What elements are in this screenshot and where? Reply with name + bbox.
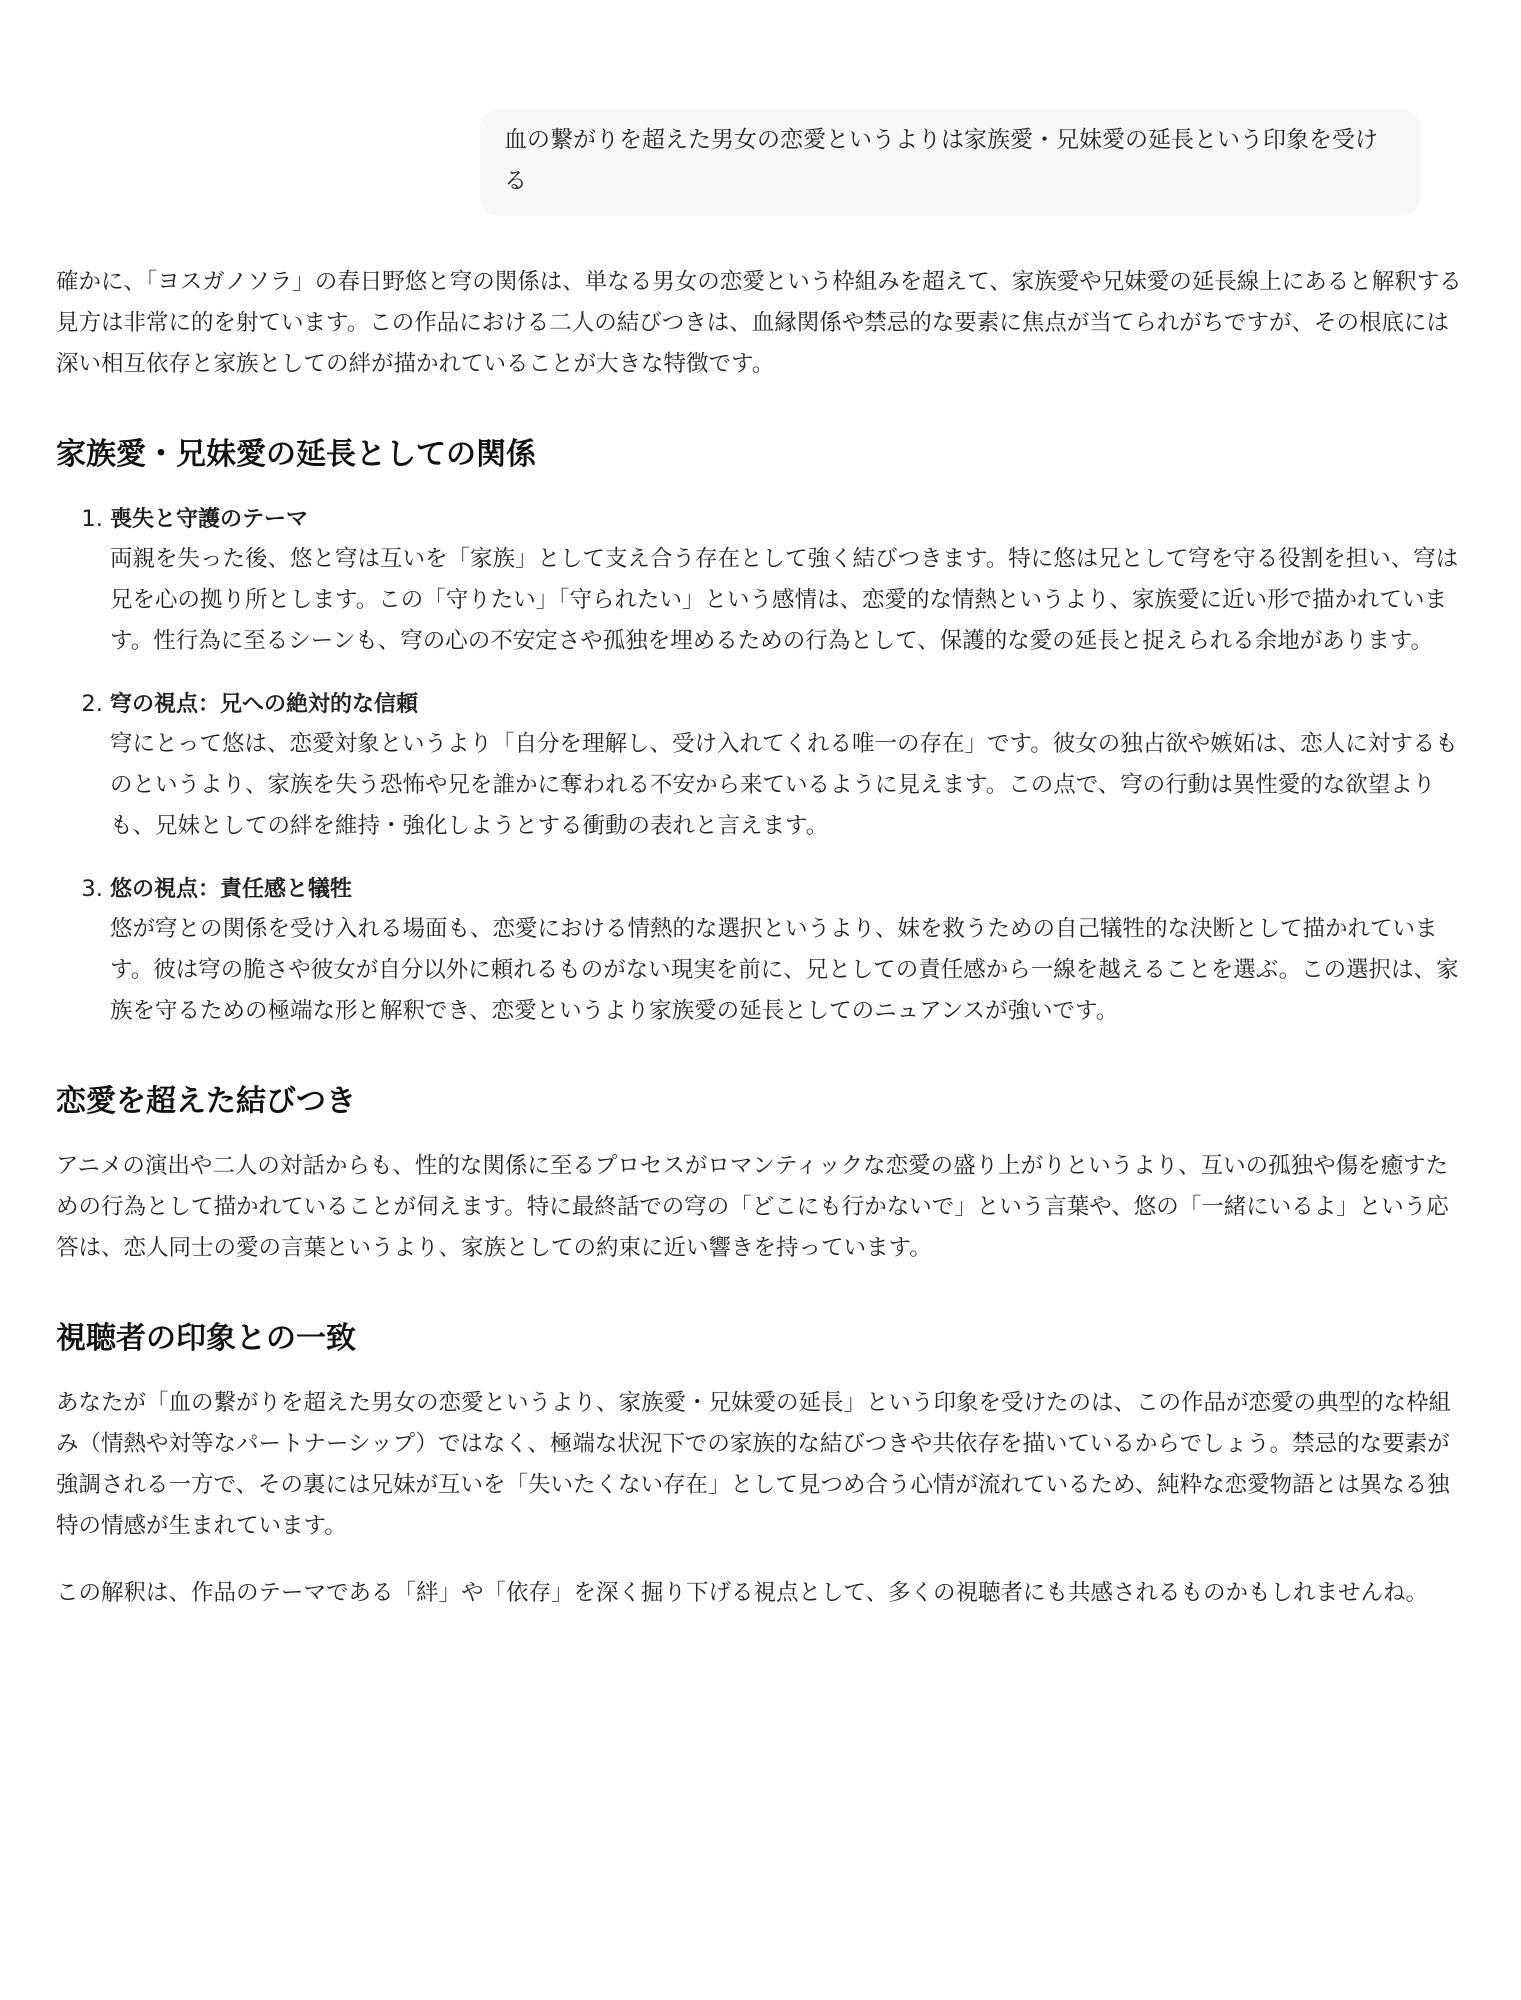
user-message-bubble: 血の繋がりを超えた男女の恋愛というよりは家族愛・兄妹愛の延長という印象を受ける [480, 110, 1420, 216]
assistant-intro-paragraph: 確かに、「ヨスガノソラ」の春日野悠と穹の関係は、単なる男女の恋愛という枠組みを超… [56, 262, 1466, 385]
assistant-message: 確かに、「ヨスガノソラ」の春日野悠と穹の関係は、単なる男女の恋愛という枠組みを超… [56, 262, 1466, 1640]
list-item-title: 喪失と守護のテーマ [110, 501, 1466, 539]
list-item-body: 穹にとって悠は、恋愛対象というより「自分を理解し、受け入れてくれる唯一の存在」で… [110, 724, 1466, 847]
user-message-text: 血の繋がりを超えた男女の恋愛というよりは家族愛・兄妹愛の延長という印象を受ける [504, 127, 1378, 194]
body-paragraph: この解釈は、作品のテーマである「絆」や「依存」を深く掘り下げる視点として、多くの… [56, 1573, 1466, 1614]
body-paragraph: あなたが「血の繋がりを超えた男女の恋愛というより、家族愛・兄妹愛の延長」という印… [56, 1383, 1466, 1547]
list-item-body: 悠が穹との関係を受け入れる場面も、恋愛における情熱的な選択というより、妹を救うた… [110, 909, 1466, 1032]
list-item-title: 悠の視点：責任感と犠牲 [110, 871, 1466, 909]
section-heading: 視聴者の印象との一致 [56, 1319, 1466, 1359]
section-heading: 家族愛・兄妹愛の延長としての関係 [56, 435, 1466, 475]
list-item: 穹の視点：兄への絶対的な信頼 穹にとって悠は、恋愛対象というより「自分を理解し、… [110, 684, 1466, 847]
list-item-body: 両親を失った後、悠と穹は互いを「家族」として支え合う存在として強く結びつきます。… [110, 539, 1466, 662]
list-item: 悠の視点：責任感と犠牲 悠が穹との関係を受け入れる場面も、恋愛における情熱的な選… [110, 869, 1466, 1032]
chat-page: 血の繋がりを超えた男女の恋愛というよりは家族愛・兄妹愛の延長という印象を受ける … [0, 0, 1521, 2000]
list-item-title: 穹の視点：兄への絶対的な信頼 [110, 686, 1466, 724]
numbered-list: 喪失と守護のテーマ 両親を失った後、悠と穹は互いを「家族」として支え合う存在とし… [56, 499, 1466, 1032]
list-item: 喪失と守護のテーマ 両親を失った後、悠と穹は互いを「家族」として支え合う存在とし… [110, 499, 1466, 662]
body-paragraph: アニメの演出や二人の対話からも、性的な関係に至るプロセスがロマンティックな恋愛の… [56, 1146, 1466, 1269]
section-heading: 恋愛を超えた結びつき [56, 1082, 1466, 1122]
